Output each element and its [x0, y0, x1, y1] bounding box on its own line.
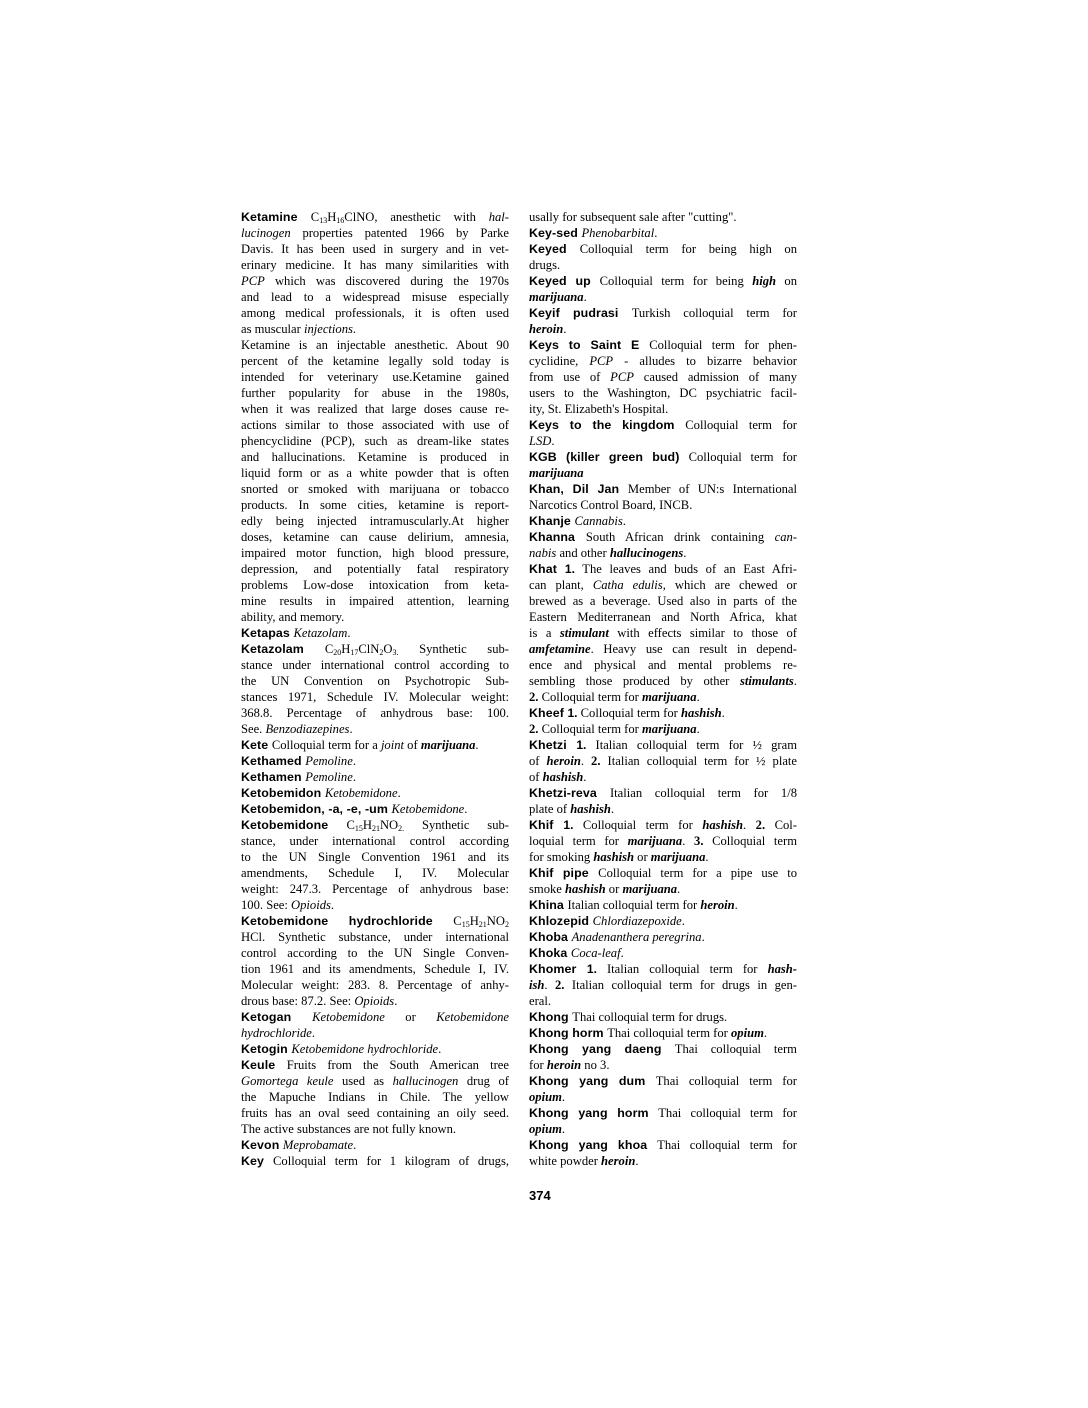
text-line: Molecular weight: 283. 8. Percentage of …: [241, 977, 509, 993]
text-segment: H: [327, 210, 336, 224]
text-line: usally for subsequent sale after "cuttin…: [529, 209, 797, 225]
text-segment: or: [385, 1010, 436, 1024]
text-segment: Pemoline: [305, 770, 353, 784]
text-segment: edly being injected intramuscularly.At h…: [241, 514, 509, 528]
left-column: Ketamine C13H16ClNO, anesthetic with hal…: [241, 209, 509, 1169]
text-line: Keyed up Colloquial term for being high …: [529, 273, 797, 289]
text-segment: fruits has an oval seed containing an oi…: [241, 1106, 509, 1120]
text-segment: Colloquial term for: [538, 722, 642, 736]
text-segment: Ketamine is an injectable anesthetic. Ab…: [241, 338, 509, 352]
entry-headword: Khlozepid: [529, 914, 593, 928]
text-segment: drous base: 87.2. See:: [241, 994, 354, 1008]
entry-headword: Keyed up: [529, 274, 600, 288]
text-line: Ketobemidone hydrochloride C15H21NO2: [241, 913, 509, 929]
text-line: edly being injected intramuscularly.At h…: [241, 513, 509, 529]
text-segment: for smoking: [529, 850, 593, 864]
text-line: hydrochloride.: [241, 1025, 509, 1041]
text-line: erinary medicine. It has many similariti…: [241, 257, 509, 273]
entry-headword: Ketamine: [241, 210, 311, 224]
text-segment: lucinogen: [241, 226, 291, 240]
text-segment: 1.: [576, 738, 586, 752]
entry-headword: Keys to Saint E: [529, 338, 649, 352]
text-line: phencyclidine (PCP), such as dream-like …: [241, 433, 509, 449]
text-segment: .: [677, 882, 680, 896]
text-segment: Thai colloquial term for: [658, 1106, 797, 1120]
text-segment: .: [621, 946, 624, 960]
text-segment: Meprobamate: [283, 1138, 353, 1152]
text-line: Khong yang khoa Thai colloquial term for: [529, 1137, 797, 1153]
text-segment: injections: [304, 322, 353, 336]
text-segment: plate of: [529, 802, 570, 816]
text-segment: caused admission of many: [634, 370, 797, 384]
text-segment: hashish: [702, 818, 743, 832]
text-segment: stances 1971, Schedule IV. Molecular wei…: [241, 690, 509, 704]
entry-headword: Ketobemidon: [241, 786, 325, 800]
text-segment: .: [583, 770, 586, 784]
text-segment: .: [562, 1090, 565, 1104]
text-line: Keys to the kingdom Colloquial term for: [529, 417, 797, 433]
text-segment: liquid form or as a white powder that is…: [241, 466, 509, 480]
text-line: Khong yang daeng Thai colloquial term: [529, 1041, 797, 1057]
entry-headword: Khetzi-reva: [529, 786, 610, 800]
text-segment: Colloquial term: [703, 834, 797, 848]
text-segment: tion 1961 and its amendments, Schedule I…: [241, 962, 509, 976]
text-line: LSD.: [529, 433, 797, 449]
text-line: The active substances are not fully know…: [241, 1121, 509, 1137]
text-line: for smoking hashish or marijuana.: [529, 849, 797, 865]
text-segment: products. In some cities, ketamine is re…: [241, 498, 509, 512]
entry-headword: Khanna: [529, 530, 586, 544]
text-segment: Colloquial term for: [577, 706, 681, 720]
text-segment: Italian colloquial term for 1/8: [610, 786, 797, 800]
text-segment: Col-: [765, 818, 797, 832]
text-line: ity, St. Elizabeth's Hospital.: [529, 401, 797, 417]
text-segment: H: [363, 818, 372, 832]
text-segment: amendments, Schedule I, IV. Molecular: [241, 866, 509, 880]
text-segment: used as: [333, 1074, 392, 1088]
text-segment: .: [743, 818, 756, 832]
text-line: amendments, Schedule I, IV. Molecular: [241, 865, 509, 881]
text-segment: .: [705, 850, 708, 864]
text-segment: .: [353, 1138, 356, 1152]
text-line: Khina Italian colloquial term for heroin…: [529, 897, 797, 913]
text-segment: LSD: [529, 434, 551, 448]
text-segment: marijuana: [642, 722, 697, 736]
text-segment: usally for subsequent sale after "cuttin…: [529, 210, 737, 224]
text-segment: is a: [529, 626, 560, 640]
entry-headword: Ketobemidone: [241, 818, 346, 832]
text-segment: smoke: [529, 882, 565, 896]
entry-headword: Khong: [529, 1010, 572, 1024]
text-line: Ketogan Ketobemidone or Ketobemidone: [241, 1009, 509, 1025]
text-line: for heroin no 3.: [529, 1057, 797, 1073]
text-segment: drug of: [458, 1074, 509, 1088]
entry-headword: Kete: [241, 738, 272, 752]
text-segment: 1.: [565, 562, 575, 576]
text-line: Ketazolam C20H17ClN2O3. Synthetic sub-: [241, 641, 509, 657]
text-segment: . Heavy use can result in depend-: [591, 642, 797, 656]
text-line: Khat 1. The leaves and buds of an East A…: [529, 561, 797, 577]
text-segment: marijuana: [642, 690, 697, 704]
text-segment: marijuana: [529, 290, 584, 304]
text-segment: C: [453, 914, 461, 928]
text-segment: .: [563, 322, 566, 336]
text-segment: and hallucinations. Ketamine is produced…: [241, 450, 509, 464]
text-line: among medical professionals, it is often…: [241, 305, 509, 321]
text-segment: Turkish colloquial term for: [632, 306, 797, 320]
text-line: of heroin. 2. Italian colloquial term fo…: [529, 753, 797, 769]
text-segment: of: [404, 738, 421, 752]
text-segment: .: [611, 802, 614, 816]
text-segment: problems Low-dose intoxication from keta…: [241, 578, 509, 592]
text-segment: percent of the ketamine legally sold tod…: [241, 354, 509, 368]
text-segment: drugs.: [529, 258, 560, 272]
text-line: Narcotics Control Board, INCB.: [529, 497, 797, 513]
text-line: weight: 247.3. Percentage of anhydrous b…: [241, 881, 509, 897]
entry-headword: Ketapas: [241, 626, 293, 640]
text-line: 368.8. Percentage of anhydrous base: 100…: [241, 705, 509, 721]
entry-headword: Kheef: [529, 706, 567, 720]
text-segment: Thai colloquial term for drugs.: [572, 1010, 727, 1024]
text-segment: - alludes to bizarre behavior: [613, 354, 797, 368]
text-line: Kheef 1. Colloquial term for hashish.: [529, 705, 797, 721]
text-line: control according to the UN Single Conve…: [241, 945, 509, 961]
text-line: Khanna South African drink containing ca…: [529, 529, 797, 545]
text-segment: H: [470, 914, 479, 928]
text-line: stance under international control accor…: [241, 657, 509, 673]
text-line: Kethamen Pemoline.: [241, 769, 509, 785]
text-line: Keyif pudrasi Turkish colloquial term fo…: [529, 305, 797, 321]
text-segment: Davis. It has been used in surgery and i…: [241, 242, 509, 256]
text-segment: Italian colloquial term for: [597, 962, 768, 976]
text-segment: .: [794, 674, 797, 688]
text-segment: hashish: [543, 770, 584, 784]
text-segment: joint: [381, 738, 404, 752]
text-segment: Molecular weight: 283. 8. Percentage of …: [241, 978, 509, 992]
text-line: tion 1961 and its amendments, Schedule I…: [241, 961, 509, 977]
text-line: Kevon Meprobamate.: [241, 1137, 509, 1153]
text-segment: Thai colloquial term for: [607, 1026, 731, 1040]
text-segment: Ketobemidone: [325, 786, 398, 800]
text-segment: opium: [731, 1026, 764, 1040]
text-segment: Synthetic sub-: [404, 818, 509, 832]
entry-headword: Kethamen: [241, 770, 305, 784]
text-line: heroin.: [529, 321, 797, 337]
text-segment: The leaves and buds of an East Afri-: [575, 562, 797, 576]
text-line: Khetzi-reva Italian colloquial term for …: [529, 785, 797, 801]
text-segment: 15: [462, 920, 470, 929]
text-segment: snorted or smoked with marijuana or toba…: [241, 482, 509, 496]
text-segment: 21: [372, 824, 380, 833]
text-line: Khomer 1. Italian colloquial term for ha…: [529, 961, 797, 977]
text-segment: .: [722, 706, 725, 720]
text-segment: Thai colloquial term for: [656, 1074, 797, 1088]
text-segment: erinary medicine. It has many similariti…: [241, 258, 509, 272]
text-segment: users to the Washington, DC psychiatric …: [529, 386, 797, 400]
text-segment: stimulant: [560, 626, 609, 640]
text-segment: .: [544, 978, 555, 992]
text-segment: which was discovered during the 1970s: [265, 274, 509, 288]
text-segment: NO: [487, 914, 505, 928]
text-segment: .: [562, 1122, 565, 1136]
text-line: stances 1971, Schedule IV. Molecular wei…: [241, 689, 509, 705]
text-segment: 368.8. Percentage of anhydrous base: 100…: [241, 706, 509, 720]
text-line: Kethamed Pemoline.: [241, 753, 509, 769]
text-line: ability, and memory.: [241, 609, 509, 625]
text-line: sembling those produced by other stimula…: [529, 673, 797, 689]
text-segment: stance, under international control acco…: [241, 834, 509, 848]
text-line: Davis. It has been used in surgery and i…: [241, 241, 509, 257]
text-line: fruits has an oval seed containing an oi…: [241, 1105, 509, 1121]
text-segment: .: [581, 754, 591, 768]
text-segment: hashish: [593, 850, 634, 864]
text-segment: nabis: [529, 546, 556, 560]
text-line: See. Benzodiazepines.: [241, 721, 509, 737]
text-line: Ketamine C13H16ClNO, anesthetic with hal…: [241, 209, 509, 225]
text-segment: heroin: [547, 754, 581, 768]
text-segment: Opioids: [291, 898, 331, 912]
text-line: 2. Colloquial term for marijuana.: [529, 689, 797, 705]
text-segment: PCP: [589, 354, 613, 368]
text-segment: heroin: [529, 322, 563, 336]
text-segment: loquial term for: [529, 834, 628, 848]
text-segment: Pemoline: [305, 754, 353, 768]
text-segment: , which are chewed or: [663, 578, 797, 592]
text-segment: 2.: [591, 754, 600, 768]
text-line: Khetzi 1. Italian colloquial term for ½ …: [529, 737, 797, 753]
text-segment: NO: [380, 818, 398, 832]
entry-headword: Khong yang khoa: [529, 1138, 657, 1152]
text-segment: Ketobemidone: [312, 1010, 385, 1024]
text-segment: to the UN Single Convention 1961 and its: [241, 850, 509, 864]
text-segment: .: [398, 786, 401, 800]
text-segment: properties patented 1966 by Parke: [291, 226, 509, 240]
text-segment: Anadenanthera peregrina: [572, 930, 702, 944]
text-segment: hashish: [565, 882, 606, 896]
text-line: Key-sed Phenobarbital.: [529, 225, 797, 241]
text-line: plate of hashish.: [529, 801, 797, 817]
text-segment: control according to the UN Single Conve…: [241, 946, 509, 960]
text-line: Ketobemidon, -a, -e, -um Ketobemidone.: [241, 801, 509, 817]
text-segment: phencyclidine (PCP), such as dream-like …: [241, 434, 509, 448]
text-line: further popularity for abuse in the 1980…: [241, 385, 509, 401]
text-line: loquial term for marijuana. 3. Colloquia…: [529, 833, 797, 849]
text-segment: ClNO, anesthetic with: [344, 210, 488, 224]
text-line: marijuana: [529, 465, 797, 481]
text-segment: further popularity for abuse in the 1980…: [241, 386, 509, 400]
text-segment: Ketobemidone: [436, 1010, 509, 1024]
text-segment: sembling those produced by other: [529, 674, 740, 688]
text-segment: ish: [529, 978, 544, 992]
text-segment: brewed as a beverage. Used also in parts…: [529, 594, 797, 608]
text-segment: 1.: [587, 962, 597, 976]
text-line: percent of the ketamine legally sold tod…: [241, 353, 509, 369]
text-segment: O: [383, 642, 392, 656]
text-segment: hydrochloride: [241, 1026, 312, 1040]
text-line: ence and physical and mental problems re…: [529, 657, 797, 673]
text-segment: Colloquial term for 1 kilogram of drugs,: [273, 1154, 509, 1168]
text-segment: no 3.: [581, 1058, 609, 1072]
text-line: HCl. Synthetic substance, under internat…: [241, 929, 509, 945]
text-segment: on: [776, 274, 797, 288]
entry-headword: Key-sed: [529, 226, 581, 240]
text-segment: .: [697, 690, 700, 704]
text-segment: hallucinogen: [393, 1074, 459, 1088]
text-segment: Colloquial term for: [573, 818, 702, 832]
entry-headword: Ketogin: [241, 1042, 291, 1056]
text-line: Khlozepid Chlordiazepoxide.: [529, 913, 797, 929]
text-segment: high: [752, 274, 776, 288]
entry-headword: Khan, Dil Jan: [529, 482, 628, 496]
dictionary-page: Ketamine C13H16ClNO, anesthetic with hal…: [0, 0, 1088, 1408]
text-segment: among medical professionals, it is often…: [241, 306, 509, 320]
text-line: PCP which was discovered during the 1970…: [241, 273, 509, 289]
text-segment: heroin: [601, 1154, 635, 1168]
text-line: Khanje Cannabis.: [529, 513, 797, 529]
text-segment: .: [682, 834, 694, 848]
text-line: Gomortega keule used as hallucinogen dru…: [241, 1073, 509, 1089]
text-line: brewed as a beverage. Used also in parts…: [529, 593, 797, 609]
text-segment: hashish: [570, 802, 611, 816]
text-segment: intended for veterinary use.Ketamine gai…: [241, 370, 509, 384]
text-segment: for: [529, 1058, 547, 1072]
text-line: Khif 1. Colloquial term for hashish. 2. …: [529, 817, 797, 833]
entry-headword: Ketobemidon, -a, -e, -um: [241, 802, 392, 816]
text-segment: 2: [505, 920, 509, 929]
entry-headword: Keyed: [529, 242, 580, 256]
text-line: marijuana.: [529, 289, 797, 305]
text-line: cyclidine, PCP - alludes to bizarre beha…: [529, 353, 797, 369]
text-segment: PCP: [241, 274, 265, 288]
text-segment: .: [353, 322, 356, 336]
text-segment: Ketobemidone: [392, 802, 465, 816]
text-segment: hash-: [768, 962, 797, 976]
entry-headword: KGB (killer green bud): [529, 450, 689, 464]
text-line: Ketobemidone C15H21NO2. Synthetic sub-: [241, 817, 509, 833]
text-segment: HCl. Synthetic substance, under internat…: [241, 930, 509, 944]
text-segment: the Mapuche Indians in Chile. The yellow: [241, 1090, 509, 1104]
text-line: the UN Convention on Psychotropic Sub-: [241, 673, 509, 689]
text-segment: 1.: [563, 818, 573, 832]
text-segment: Colloquial term for being high on: [580, 242, 797, 256]
text-segment: of: [529, 754, 547, 768]
text-segment: white powder: [529, 1154, 601, 1168]
text-line: Khan, Dil Jan Member of UN:s Internation…: [529, 481, 797, 497]
entry-headword: Key: [241, 1154, 273, 1168]
text-segment: Colloquial term for: [685, 418, 797, 432]
entry-headword: Kethamed: [241, 754, 305, 768]
text-line: of hashish.: [529, 769, 797, 785]
text-line: actions similar to those associated with…: [241, 417, 509, 433]
text-line: impaired motor function, high blood pres…: [241, 545, 509, 561]
text-line: depression, and potentially fatal respir…: [241, 561, 509, 577]
text-segment: amfetamine: [529, 642, 591, 656]
text-segment: Ketazolam: [293, 626, 347, 640]
text-segment: Eastern Mediterranean and North Africa, …: [529, 610, 797, 624]
text-segment: PCP: [610, 370, 634, 384]
text-segment: .: [735, 898, 738, 912]
text-segment: Opioids: [354, 994, 394, 1008]
text-line: Ketobemidon Ketobemidone.: [241, 785, 509, 801]
text-segment: doses, ketamine can cause delirium, amne…: [241, 530, 509, 544]
entry-headword: Khoba: [529, 930, 572, 944]
text-segment: Colloquial term for: [538, 690, 642, 704]
text-line: eral.: [529, 993, 797, 1009]
text-segment: when it was realized that large doses ca…: [241, 402, 509, 416]
text-segment: .: [331, 898, 334, 912]
text-segment: .: [438, 1042, 441, 1056]
text-segment: from use of: [529, 370, 610, 384]
text-segment: 15: [355, 824, 363, 833]
text-line: Ketamine is an injectable anesthetic. Ab…: [241, 337, 509, 353]
entry-headword: Ketazolam: [241, 642, 325, 656]
text-segment: ence and physical and mental problems re…: [529, 658, 797, 672]
text-segment: 100. See:: [241, 898, 291, 912]
entry-headword: Keyif pudrasi: [529, 306, 632, 320]
text-line: problems Low-dose intoxication from keta…: [241, 577, 509, 593]
text-line: intended for veterinary use.Ketamine gai…: [241, 369, 509, 385]
entry-headword: Khina: [529, 898, 567, 912]
text-segment: marijuana: [529, 466, 584, 480]
entry-headword: Khat: [529, 562, 565, 576]
text-segment: Fruits from the South American tree: [287, 1058, 509, 1072]
entry-headword: Khif pipe: [529, 866, 598, 880]
text-segment: .: [475, 738, 478, 752]
text-segment: can plant,: [529, 578, 593, 592]
entry-headword: Keys to the kingdom: [529, 418, 685, 432]
text-segment: ability, and memory.: [241, 610, 344, 624]
text-segment: ClN: [358, 642, 379, 656]
text-segment: Thai colloquial term: [675, 1042, 797, 1056]
text-segment: South African drink containing: [586, 530, 775, 544]
text-segment: 21: [479, 920, 487, 929]
text-segment: Colloquial term for a: [272, 738, 381, 752]
text-line: opium.: [529, 1089, 797, 1105]
text-segment: stimulants: [740, 674, 794, 688]
text-line: KGB (killer green bud) Colloquial term f…: [529, 449, 797, 465]
text-line: smoke hashish or marijuana.: [529, 881, 797, 897]
text-segment: the UN Convention on Psychotropic Sub-: [241, 674, 509, 688]
text-line: lucinogen properties patented 1966 by Pa…: [241, 225, 509, 241]
text-segment: Member of UN:s International: [628, 482, 797, 496]
text-line: snorted or smoked with marijuana or toba…: [241, 481, 509, 497]
text-segment: Narcotics Control Board, INCB.: [529, 498, 692, 512]
text-segment: Colloquial term for: [689, 450, 797, 464]
entry-headword: Keule: [241, 1058, 287, 1072]
text-segment: mine results in impaired attention, lear…: [241, 594, 509, 608]
text-line: when it was realized that large doses ca…: [241, 401, 509, 417]
text-segment: .: [347, 626, 350, 640]
text-segment: Italian colloquial term for ½ gram: [586, 738, 797, 752]
text-segment: .: [682, 914, 685, 928]
text-segment: C: [346, 818, 354, 832]
text-line: Keys to Saint E Colloquial term for phen…: [529, 337, 797, 353]
text-segment: as muscular: [241, 322, 304, 336]
text-line: the Mapuche Indians in Chile. The yellow: [241, 1089, 509, 1105]
text-segment: Coca-leaf: [571, 946, 621, 960]
text-line: stance, under international control acco…: [241, 833, 509, 849]
text-segment: .: [353, 770, 356, 784]
text-segment: opium: [529, 1090, 562, 1104]
text-segment: ity, St. Elizabeth's Hospital.: [529, 402, 668, 416]
text-line: users to the Washington, DC psychiatric …: [529, 385, 797, 401]
text-line: 2. Colloquial term for marijuana.: [529, 721, 797, 737]
text-segment: actions similar to those associated with…: [241, 418, 509, 432]
entry-headword: Ketogan: [241, 1010, 312, 1024]
text-segment: eral.: [529, 994, 551, 1008]
entry-headword: Ketobemidone hydrochloride: [241, 914, 453, 928]
text-segment: marijuana: [622, 882, 677, 896]
